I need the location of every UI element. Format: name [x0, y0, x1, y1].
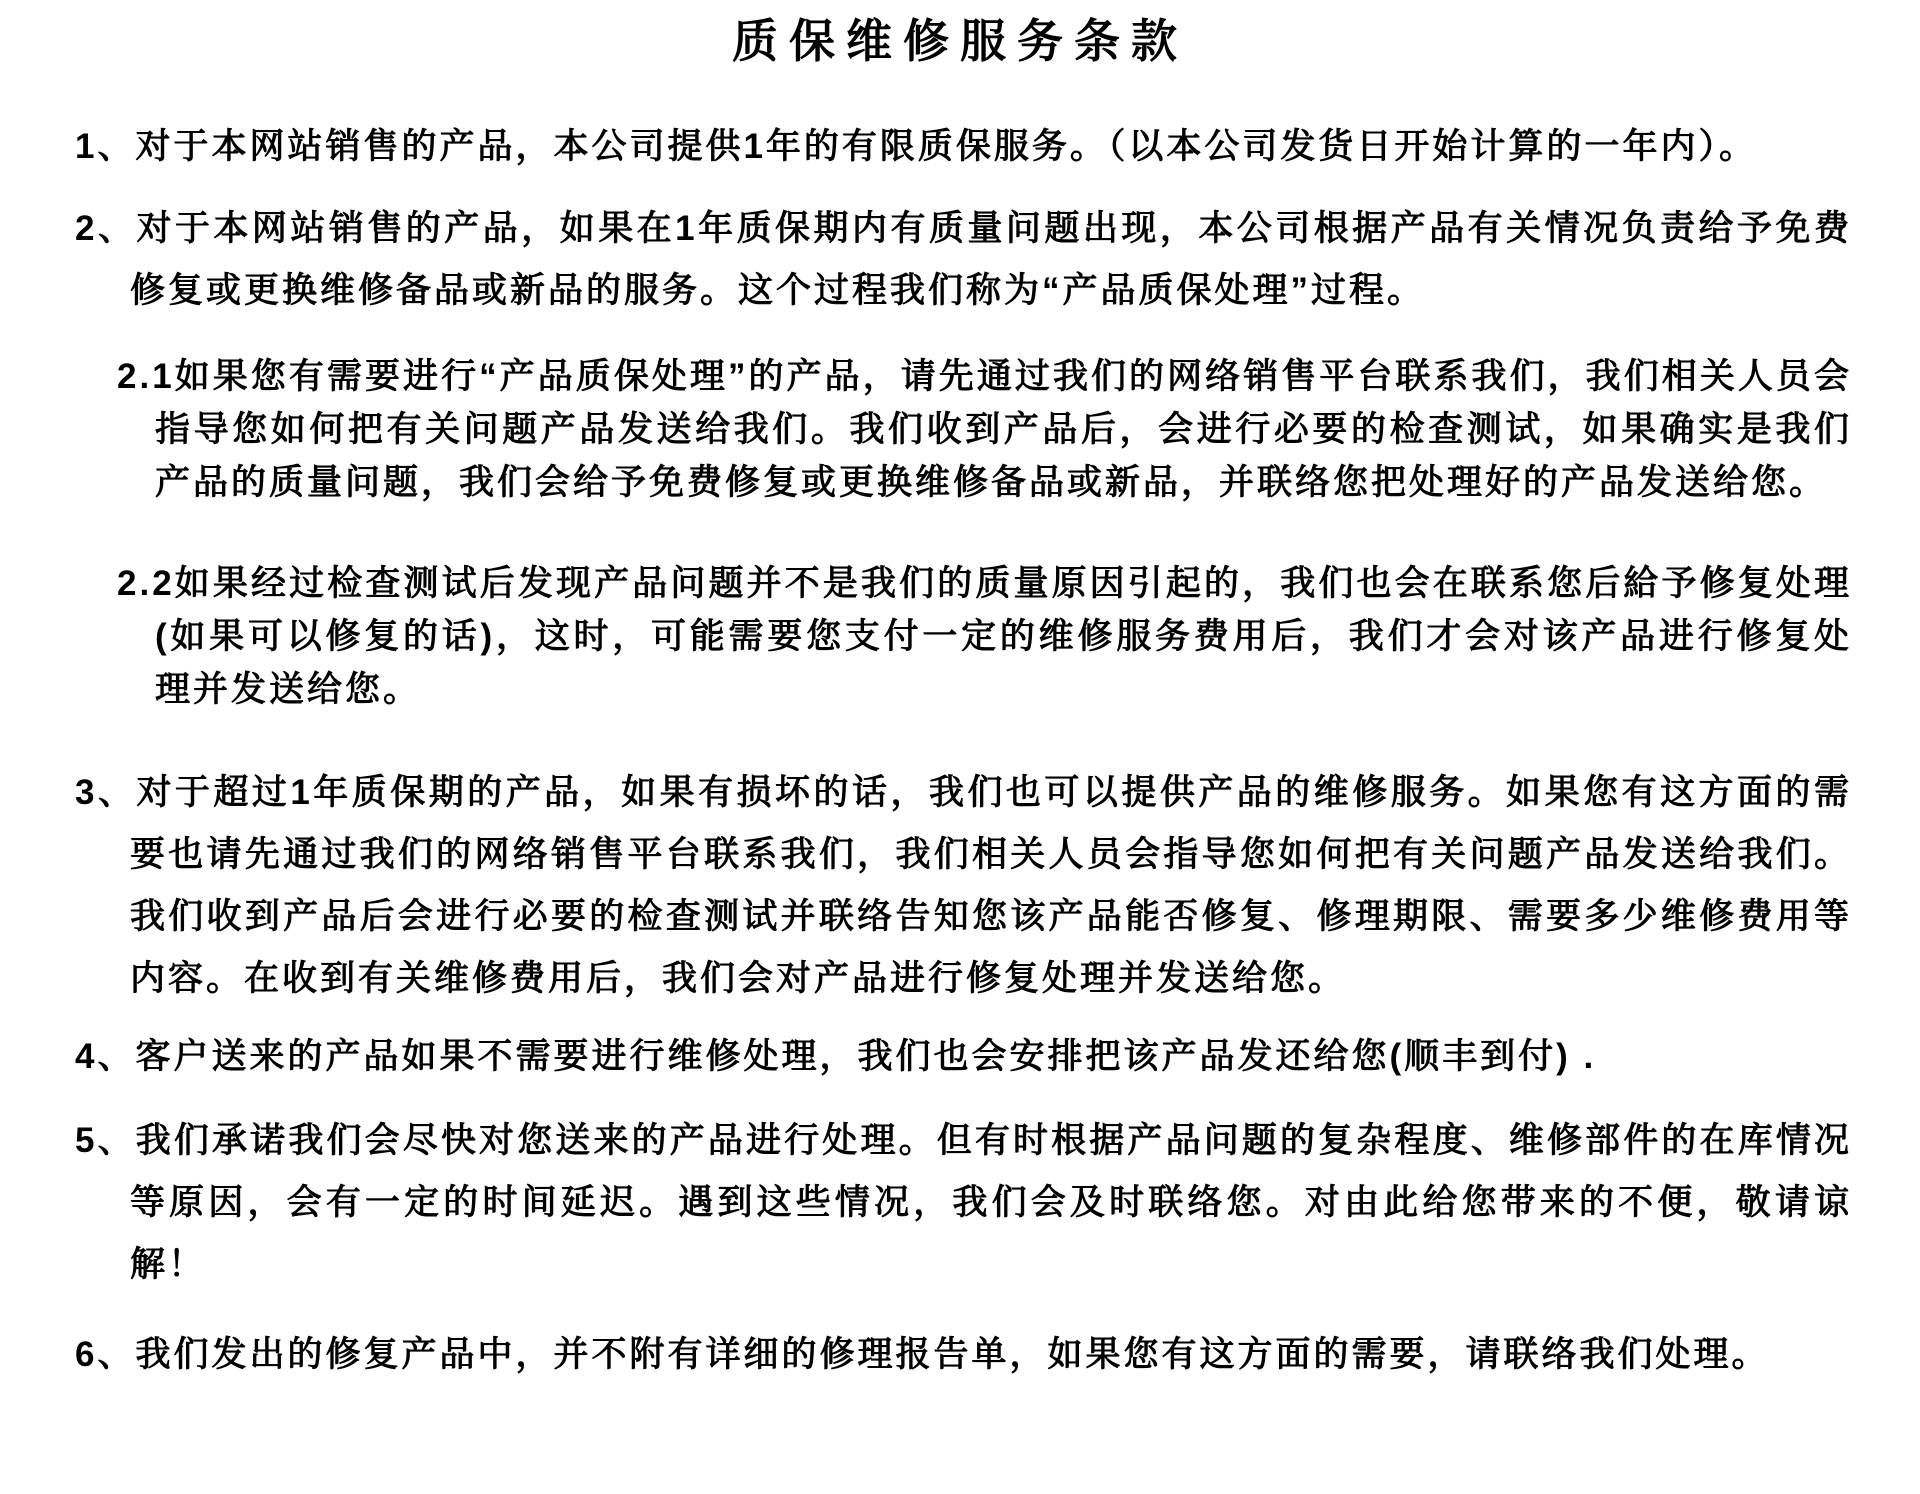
term-subitem-2-2-number: 2.2 — [117, 564, 175, 603]
term-item-5: 5、我们承诺我们会尽快对您送来的产品进行处理。但有时根据产品问题的复杂程度、维修… — [75, 1110, 1852, 1296]
term-item-3: 3、对于超过1年质保期的产品，如果有损坏的话，我们也可以提供产品的维修服务。如果… — [75, 762, 1852, 1010]
term-item-1-number: 1、 — [75, 127, 135, 166]
term-item-2-text: 对于本网站销售的产品，如果在1年质保期内有质量问题出现，本公司根据产品有关情况负… — [130, 209, 1852, 310]
term-item-6-text: 我们发出的修复产品中，并不附有详细的修理报告单，如果您有这方面的需要，请联络我们… — [135, 1335, 1769, 1374]
term-item-3-number: 3、 — [75, 773, 136, 812]
document-body: { "page": { "title": "质保维修服务条款", "backgr… — [0, 0, 1920, 1494]
term-item-6: 6、我们发出的修复产品中，并不附有详细的修理报告单，如果您有这方面的需要，请联络… — [75, 1324, 1852, 1386]
term-item-4: 4、客户送来的产品如果不需要进行维修处理，我们也会安排把该产品发还给您(顺丰到付… — [75, 1026, 1852, 1088]
terms-list: 1、对于本网站销售的产品，本公司提供1年的有限质保服务。（以本公司发货日开始计算… — [75, 116, 1852, 1386]
term-item-1-text: 对于本网站销售的产品，本公司提供1年的有限质保服务。（以本公司发货日开始计算的一… — [135, 127, 1756, 166]
term-item-4-text: 客户送来的产品如果不需要进行维修处理，我们也会安排把该产品发还给您(顺丰到付) … — [135, 1037, 1596, 1076]
term-item-6-number: 6、 — [75, 1335, 135, 1374]
warranty-terms-page: 质保维修服务条款 1、对于本网站销售的产品，本公司提供1年的有限质保服务。（以本… — [0, 0, 1920, 1494]
term-item-5-text: 我们承诺我们会尽快对您送来的产品进行处理。但有时根据产品问题的复杂程度、维修部件… — [130, 1121, 1852, 1284]
page-title: 质保维修服务条款 — [0, 12, 1920, 70]
term-item-1: 1、对于本网站销售的产品，本公司提供1年的有限质保服务。（以本公司发货日开始计算… — [75, 116, 1852, 178]
term-subitem-2-1-number: 2.1 — [117, 357, 175, 396]
term-item-5-number: 5、 — [75, 1121, 136, 1160]
term-item-3-text: 对于超过1年质保期的产品，如果有损坏的话，我们也可以提供产品的维修服务。如果您有… — [130, 773, 1852, 998]
term-item-2-number: 2、 — [75, 209, 136, 248]
term-item-4-number: 4、 — [75, 1037, 135, 1076]
term-subitem-2-1: 2.1如果您有需要进行“产品质保处理”的产品，请先通过我们的网络销售平台联系我们… — [117, 350, 1852, 509]
term-subitem-2-2: 2.2如果经过检查测试后发现产品问题并不是我们的质量原因引起的，我们也会在联系您… — [117, 557, 1852, 716]
term-item-2: 2、对于本网站销售的产品，如果在1年质保期内有质量问题出现，本公司根据产品有关情… — [75, 198, 1852, 322]
term-subitem-2-2-text: 如果经过检查测试后发现产品问题并不是我们的质量原因引起的，我们也会在联系您后給予… — [155, 564, 1852, 709]
term-subitem-2-1-text: 如果您有需要进行“产品质保处理”的产品，请先通过我们的网络销售平台联系我们，我们… — [155, 357, 1852, 502]
